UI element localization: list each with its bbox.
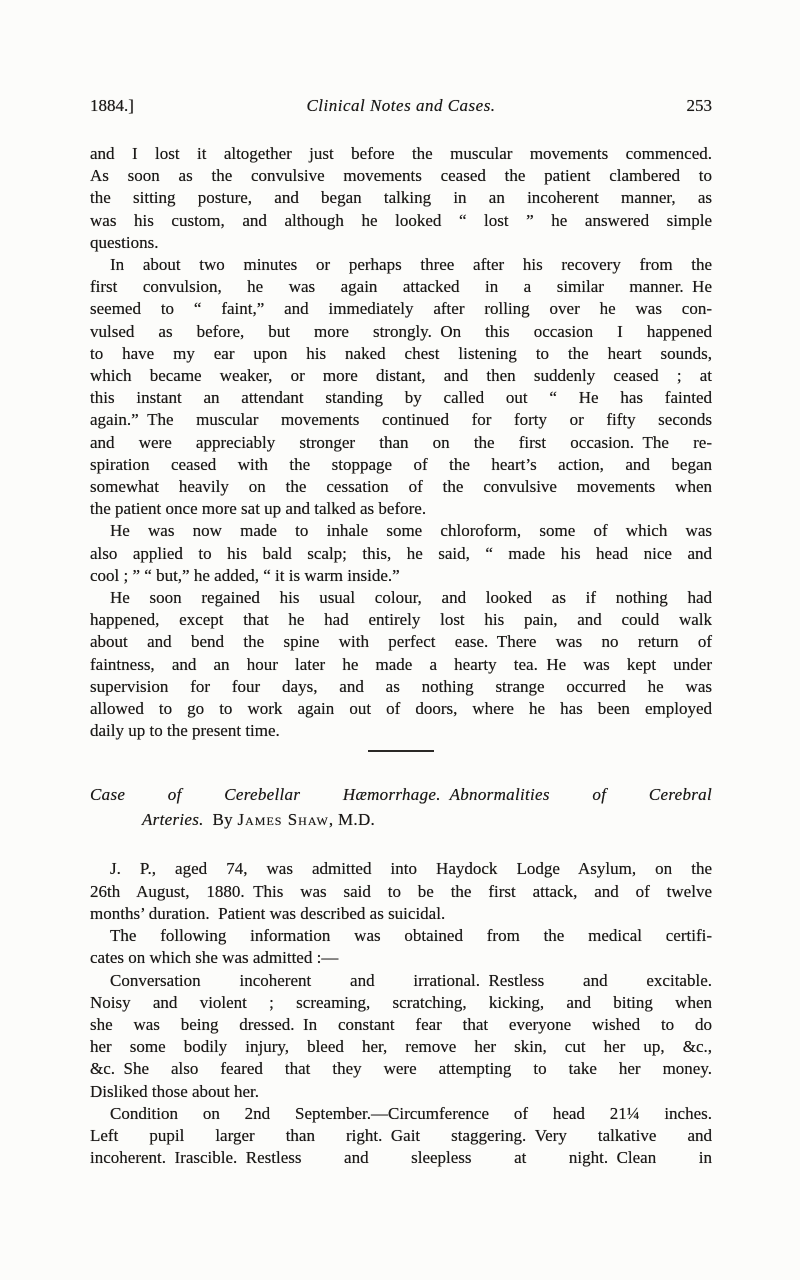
paragraph: J. P., aged 74, was admitted into Haydoc… xyxy=(90,858,712,925)
article-top-text: and I lost it altogether just before the… xyxy=(90,143,712,742)
text-line: first convulsion, he was again attacked … xyxy=(90,276,712,298)
text-line: also applied to his bald scalp; this, he… xyxy=(90,543,712,565)
header-year: 1884.] xyxy=(90,95,306,117)
text-line: Condition on 2nd September.—Circumferenc… xyxy=(90,1103,712,1125)
text-line: her some bodily injury, bleed her, remov… xyxy=(90,1036,712,1058)
text-line: to have my ear upon his naked chest list… xyxy=(90,343,712,365)
paragraph: The following information was obtained f… xyxy=(90,925,712,969)
text-line: daily up to the present time. xyxy=(90,720,712,742)
case-heading-by: By xyxy=(204,810,238,829)
text-line: He soon regained his usual colour, and l… xyxy=(90,587,712,609)
case-heading-author: James Shaw xyxy=(238,810,329,829)
case-heading-degree: , M.D. xyxy=(329,810,375,829)
text-line: somewhat heavily on the cessation of the… xyxy=(90,476,712,498)
scanned-page: 1884.] Clinical Notes and Cases. 253 and… xyxy=(90,95,712,1169)
text-line: Noisy and violent ; screaming, scratchin… xyxy=(90,992,712,1014)
text-line: cool ; ” “ but,” he added, “ it is warm … xyxy=(90,565,712,587)
text-line: In about two minutes or perhaps three af… xyxy=(90,254,712,276)
text-line: Left pupil larger than right. Gait stagg… xyxy=(90,1125,712,1147)
text-line: As soon as the convulsive movements ceas… xyxy=(90,165,712,187)
text-line: incoherent. Irascible. Restless and slee… xyxy=(90,1147,712,1169)
article-bottom-text: J. P., aged 74, was admitted into Haydoc… xyxy=(90,858,712,1169)
text-line: and were appreciably stronger than on th… xyxy=(90,432,712,454)
paragraph: Conversation incoherent and irrational. … xyxy=(90,970,712,1103)
text-line: months’ duration. Patient was described … xyxy=(90,903,712,925)
text-line: this instant an attendant standing by ca… xyxy=(90,387,712,409)
text-line: which became weaker, or more distant, an… xyxy=(90,365,712,387)
text-line: supervision for four days, and as nothin… xyxy=(90,676,712,698)
text-line: about and bend the spine with perfect ea… xyxy=(90,631,712,653)
case-heading-line2: Arteries. By James Shaw, M.D. xyxy=(90,807,712,832)
text-line: J. P., aged 74, was admitted into Haydoc… xyxy=(90,858,712,880)
text-line: vulsed as before, but more strongly. On … xyxy=(90,321,712,343)
text-line: she was being dressed. In constant fear … xyxy=(90,1014,712,1036)
paragraph: In about two minutes or perhaps three af… xyxy=(90,254,712,520)
text-line: cates on which she was admitted :— xyxy=(90,947,712,969)
paragraph: and I lost it altogether just before the… xyxy=(90,143,712,254)
section-divider-rule xyxy=(368,750,434,752)
text-line: 26th August, 1880. This was said to be t… xyxy=(90,881,712,903)
text-line: and I lost it altogether just before the… xyxy=(90,143,712,165)
header-journal-title: Clinical Notes and Cases. xyxy=(306,95,495,117)
running-header: 1884.] Clinical Notes and Cases. 253 xyxy=(90,95,712,117)
text-line: again.” The muscular movements continued… xyxy=(90,409,712,431)
paragraph: Condition on 2nd September.—Circumferenc… xyxy=(90,1103,712,1170)
text-line: spiration ceased with the stoppage of th… xyxy=(90,454,712,476)
text-line: Conversation incoherent and irrational. … xyxy=(90,970,712,992)
text-line: questions. xyxy=(90,232,712,254)
text-line: was his custom, and although he looked “… xyxy=(90,210,712,232)
case-heading-subtitle: Arteries. xyxy=(142,810,204,829)
text-line: Disliked those about her. xyxy=(90,1081,712,1103)
text-line: faintness, and an hour later he made a h… xyxy=(90,654,712,676)
text-line: The following information was obtained f… xyxy=(90,925,712,947)
text-line: allowed to go to work again out of doors… xyxy=(90,698,712,720)
paragraph: He was now made to inhale some chlorofor… xyxy=(90,520,712,587)
paragraph: He soon regained his usual colour, and l… xyxy=(90,587,712,742)
text-line: the patient once more sat up and talked … xyxy=(90,498,712,520)
text-line: seemed to “ faint,” and immediately afte… xyxy=(90,298,712,320)
text-line: happened, except that he had entirely lo… xyxy=(90,609,712,631)
text-line: &c. She also feared that they were attem… xyxy=(90,1058,712,1080)
case-heading: Case of Cerebellar Hæmorrhage. Abnormali… xyxy=(90,782,712,832)
text-line: the sitting posture, and began talking i… xyxy=(90,187,712,209)
text-line: He was now made to inhale some chlorofor… xyxy=(90,520,712,542)
case-heading-line1: Case of Cerebellar Hæmorrhage. Abnormali… xyxy=(90,782,712,807)
header-page-number: 253 xyxy=(496,95,712,117)
